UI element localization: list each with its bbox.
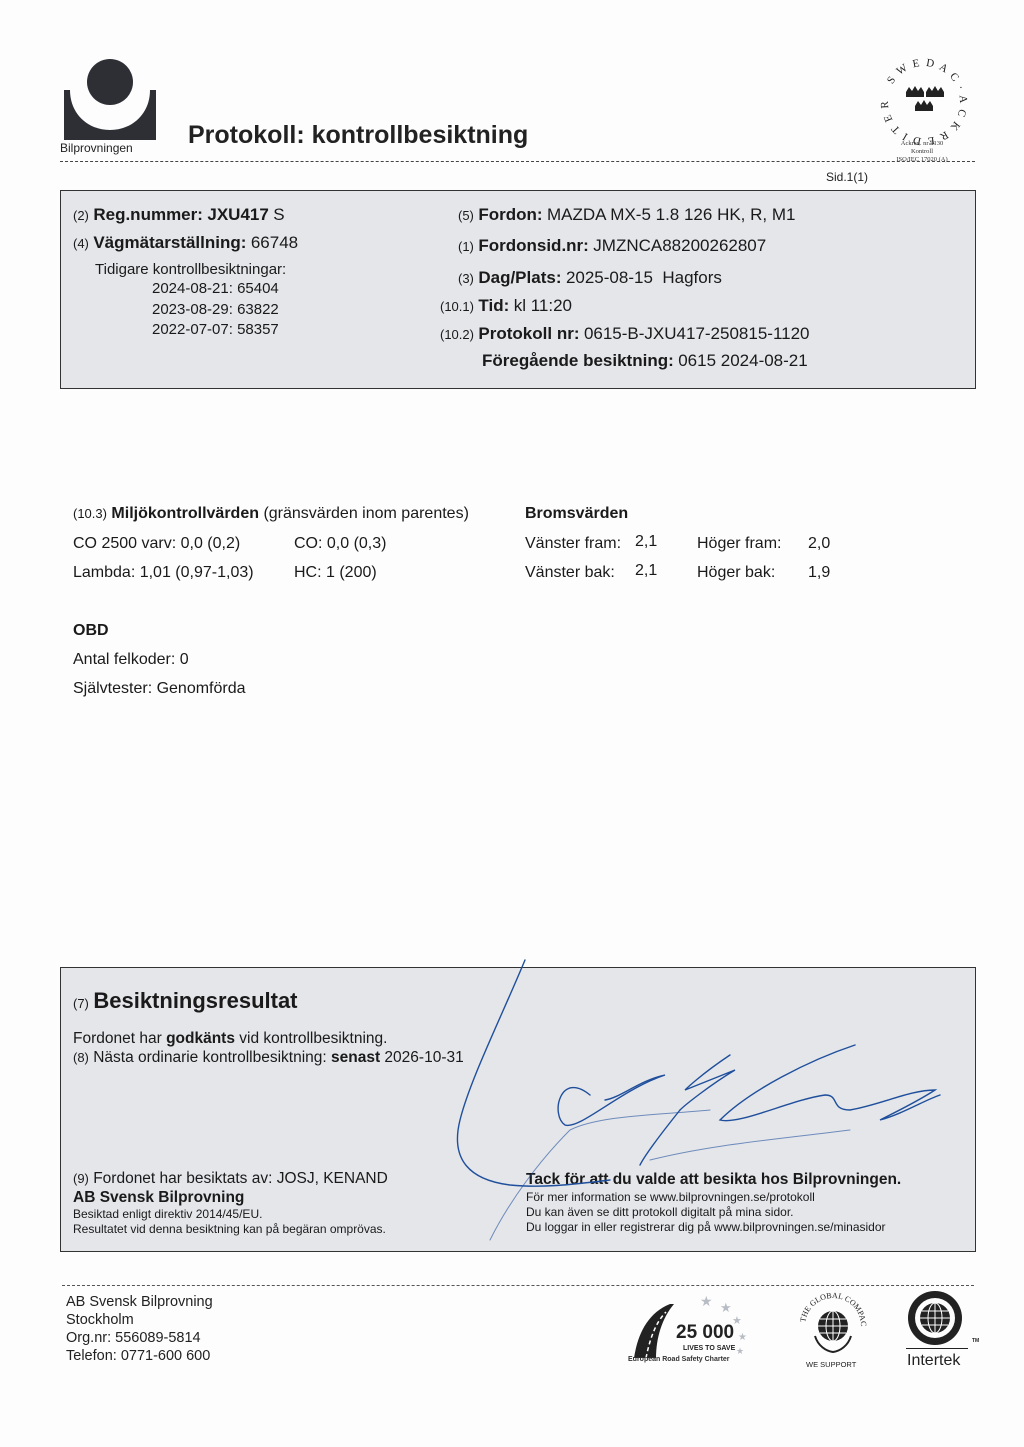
accreditation-details: Ackred. nr 4130 Kontroll ISO/IEC 17020 (… [872, 140, 972, 164]
vin-value: JMZNCA88200262807 [593, 236, 766, 255]
vehicle-row: (5) Fordon: MAZDA MX-5 1.8 126 HK, R, M1 [458, 205, 795, 225]
vehicle-model: MAZDA MX-5 1.8 126 HK, R, M1 [547, 205, 795, 224]
directive-note: Besiktad enligt direktiv 2014/45/EU. [73, 1207, 262, 1221]
approval-status: godkänts [166, 1030, 235, 1047]
left-rear-label: Vänster bak: [525, 564, 615, 582]
co-value: CO: 0,0 (0,3) [294, 535, 386, 553]
intertek-trademark: TM [972, 1338, 979, 1344]
reg-number-row: (2) Reg.nummer: JXU417 S [73, 205, 285, 225]
left-front-label: Vänster fram: [525, 535, 621, 553]
protocol-row: (10.2) Protokoll nr: 0615-B-JXU417-25081… [440, 324, 810, 344]
info-line-digital: Du kan även se ditt protokoll digitalt p… [526, 1205, 793, 1219]
right-rear-value: 1,9 [808, 564, 830, 582]
odometer-row: (4) Vägmätarställning: 66748 [73, 233, 298, 253]
global-compact-caption: WE SUPPORT [806, 1360, 856, 1369]
next-inspection-row: (8) Nästa ordinarie kontrollbesiktning: … [73, 1049, 464, 1067]
address-org-number: Org.nr: 556089-5814 [66, 1329, 213, 1347]
road-safety-line2: European Road Safety Charter [628, 1356, 730, 1363]
approval-statement: Fordonet har godkänts vid kontrollbesikt… [73, 1030, 387, 1048]
page-title: Protokoll: kontrollbesiktning [188, 121, 528, 150]
reg-number: JXU417 [207, 205, 268, 224]
vehicle-info-box: (2) Reg.nummer: JXU417 S (4) Vägmätarstä… [60, 190, 976, 389]
inspector-names: Fordonet har besiktats av: JOSJ, KENAND [89, 1170, 388, 1187]
road-safety-number: 25 000 [676, 1322, 734, 1344]
co-2500-value: CO 2500 varv: 0,0 (0,2) [73, 535, 240, 553]
protocol-number: 0615-B-JXU417-250815-1120 [584, 324, 810, 343]
left-front-value: 2,1 [635, 533, 657, 551]
accreditation-type: Kontroll [872, 148, 972, 156]
previous-inspection-2: 2023-08-29: 63822 [152, 301, 279, 318]
date-place-row: (3) Dag/Plats: 2025-08-15 Hagfors [458, 268, 722, 288]
hc-value: HC: 1 (200) [294, 564, 377, 582]
accreditation-standard: ISO/IEC 17020 (A) [872, 156, 972, 164]
previous-inspection-row: Föregående besiktning: 0615 2024-08-21 [482, 351, 808, 371]
info-line-minasidor[interactable]: Du loggar in eller registrerar dig på ww… [526, 1220, 886, 1234]
global-compact-logo: THE GLOBAL COMPACT WE SUPPORT [798, 1288, 868, 1378]
obd-fault-codes: Antal felkoder: 0 [73, 651, 189, 669]
company-name: AB Svensk Bilprovning [73, 1189, 244, 1207]
svg-text:★: ★ [720, 1300, 732, 1315]
address-phone: Telefon: 0771-600 600 [66, 1347, 213, 1365]
swedac-accreditation-seal: S W E D A C · A C K R E D I T E R I N G … [876, 54, 972, 150]
svg-text:★: ★ [738, 1332, 747, 1343]
footer-divider [62, 1285, 974, 1286]
previous-inspection-value: 0615 2024-08-21 [678, 351, 808, 370]
time-value: kl 11:20 [514, 296, 572, 315]
previous-inspection-3: 2022-07-07: 58357 [152, 321, 279, 338]
left-rear-value: 2,1 [635, 562, 657, 580]
result-heading: (7) Besiktningsresultat [73, 988, 298, 1014]
odometer-value: 66748 [251, 233, 298, 252]
svg-text:★: ★ [736, 1346, 744, 1356]
brakes-heading: Bromsvärden [525, 505, 628, 523]
right-rear-label: Höger bak: [697, 564, 775, 582]
inspection-result-box: (7) Besiktningsresultat Fordonet har god… [60, 967, 976, 1252]
appeal-note: Resultatet vid denna besiktning kan på b… [73, 1222, 386, 1236]
previous-inspections-title: Tidigare kontrollbesiktningar: [95, 261, 286, 278]
logo-wordmark: Bilprovningen [60, 141, 133, 155]
page-number: Sid.1(1) [826, 170, 868, 184]
accreditation-number: Ackred. nr 4130 [872, 140, 972, 148]
obd-heading: OBD [73, 622, 109, 640]
address-city: Stockholm [66, 1311, 213, 1329]
emissions-heading: (10.3) Miljökontrollvärden (gränsvärden … [73, 505, 469, 523]
right-front-value: 2,0 [808, 535, 830, 553]
date-place-value: 2025-08-15 Hagfors [566, 268, 722, 287]
next-inspection-date: 2026-10-31 [380, 1049, 464, 1066]
road-safety-line1: LIVES TO SAVE [683, 1345, 735, 1352]
lambda-value: Lambda: 1,01 (0,97-1,03) [73, 564, 254, 582]
road-safety-charter-logo: ★ ★ ★ ★ ★ 25 000 LIVES TO SAVE European … [628, 1288, 758, 1374]
company-address: AB Svensk Bilprovning Stockholm Org.nr: … [66, 1293, 213, 1365]
bilprovningen-logo [62, 58, 158, 140]
address-company: AB Svensk Bilprovning [66, 1293, 213, 1311]
inspector-row: (9) Fordonet har besiktats av: JOSJ, KEN… [73, 1170, 388, 1188]
obd-self-tests: Självtester: Genomförda [73, 680, 246, 698]
header-divider [60, 161, 975, 162]
svg-text:S W E D A C · A C K R E D I T: S W E D A C · A C K R E D I T E R I N G … [876, 54, 969, 147]
intertek-name: Intertek [907, 1352, 960, 1370]
right-front-label: Höger fram: [697, 535, 781, 553]
info-line-protocol[interactable]: För mer information se www.bilprovningen… [526, 1190, 815, 1204]
vin-row: (1) Fordonsid.nr: JMZNCA88200262807 [458, 236, 766, 256]
time-row: (10.1) Tid: kl 11:20 [440, 296, 572, 316]
intertek-iso-logo: Intertek TM [900, 1288, 980, 1378]
previous-inspection-1: 2024-08-21: 65404 [152, 280, 279, 297]
thanks-message: Tack för att du valde att besikta hos Bi… [526, 1171, 901, 1189]
intertek-divider [906, 1348, 968, 1349]
svg-text:★: ★ [700, 1293, 713, 1309]
